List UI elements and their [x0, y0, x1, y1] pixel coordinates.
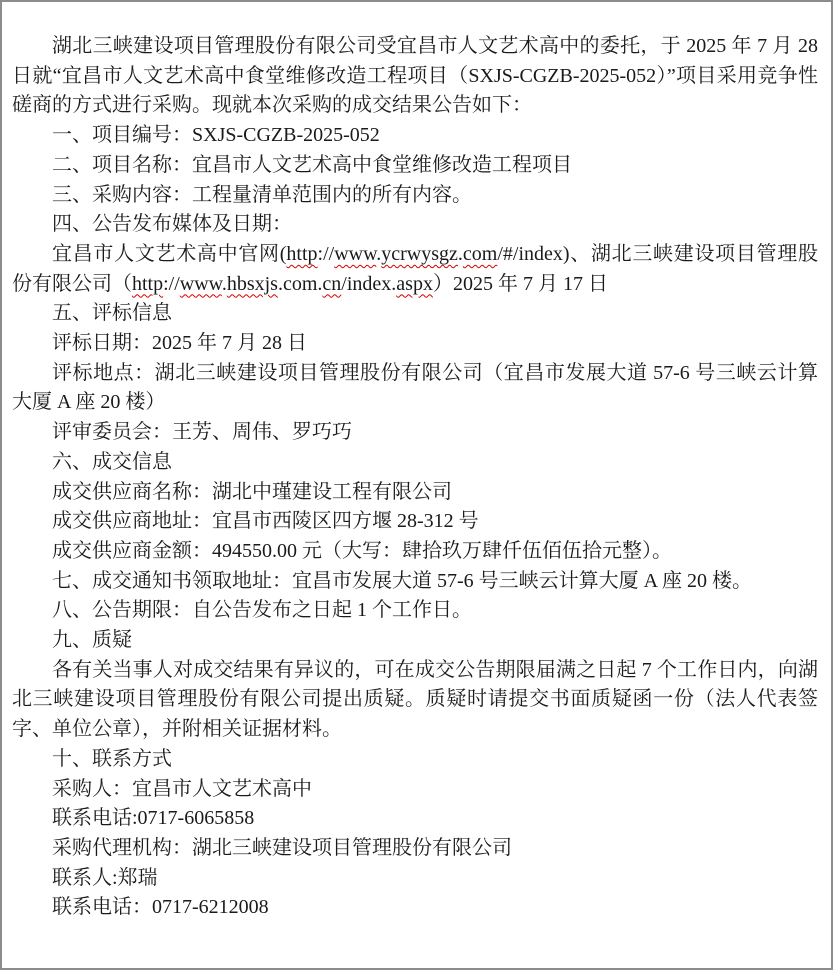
- para-media-detail: 宜昌市人文艺术高中官网(http://www.ycrwysgz.com/#/in…: [12, 240, 818, 299]
- announcement-body: 湖北三峡建设项目管理股份有限公司受宜昌市人文艺术高中的委托，于 2025 年 7…: [2, 2, 831, 968]
- misspelled-url-part: aspx: [396, 273, 433, 295]
- para-evaluation-info-heading: 五、评标信息: [12, 299, 818, 329]
- para-objection-heading: 九、质疑: [12, 626, 818, 656]
- para-project-number: 一、项目编号：SXJS-CGZB-2025-052: [12, 121, 818, 151]
- text-run: ）2025 年 7 月 17 日: [433, 273, 608, 295]
- text-run: ://: [318, 243, 335, 265]
- para-project-name: 二、项目名称：宜昌市人文艺术高中食堂维修改造工程项目: [12, 151, 818, 181]
- para-evaluation-date: 评标日期：2025 年 7 月 28 日: [12, 329, 818, 359]
- para-notice-pickup-address: 七、成交通知书领取地址：宜昌市发展大道 57-6 号三峡云计算大厦 A 座 20…: [12, 567, 818, 597]
- text-run: 宜昌市人文艺术高中官网(: [52, 243, 286, 265]
- para-supplier-amount: 成交供应商金额：494550.00 元（大写：肆拾玖万肆仟伍佰伍拾元整）。: [12, 537, 818, 567]
- document-page: 湖北三峡建设项目管理股份有限公司受宜昌市人文艺术高中的委托，于 2025 年 7…: [0, 0, 833, 970]
- para-contact-heading: 十、联系方式: [12, 745, 818, 775]
- misspelled-url-part: com: [463, 243, 497, 265]
- misspelled-url-part: http: [286, 243, 317, 265]
- para-award-info-heading: 六、成交信息: [12, 448, 818, 478]
- para-agency-contact: 联系人:郑瑞: [12, 864, 818, 894]
- para-evaluation-committee: 评审委员会：王芳、周伟、罗巧巧: [12, 418, 818, 448]
- misspelled-url-part: www: [334, 243, 376, 265]
- text-run: /index.: [341, 273, 396, 295]
- misspelled-url-part: hbsxjs: [227, 273, 278, 295]
- para-agency-phone: 联系电话：0717-6212008: [12, 893, 818, 923]
- para-procurement-content: 三、采购内容：工程量清单范围内的所有内容。: [12, 181, 818, 211]
- para-objection-detail: 各有关当事人对成交结果有异议的，可在成交公告期限届满之日起 7 个工作日内，向湖…: [12, 656, 818, 745]
- para-intro: 湖北三峡建设项目管理股份有限公司受宜昌市人文艺术高中的委托，于 2025 年 7…: [12, 32, 818, 121]
- misspelled-url-part: ycrwysgz: [381, 243, 458, 265]
- misspelled-url-part: www: [180, 273, 222, 295]
- para-purchaser: 采购人：宜昌市人文艺术高中: [12, 775, 818, 805]
- para-supplier-address: 成交供应商地址：宜昌市西陵区四方堰 28-312 号: [12, 507, 818, 537]
- para-supplier-name: 成交供应商名称：湖北中瑾建设工程有限公司: [12, 478, 818, 508]
- para-agency: 采购代理机构：湖北三峡建设项目管理股份有限公司: [12, 834, 818, 864]
- text-run: .com.: [278, 273, 322, 295]
- text-run: ://: [163, 273, 180, 295]
- para-announcement-period: 八、公告期限：自公告发布之日起 1 个工作日。: [12, 596, 818, 626]
- para-media-heading: 四、公告发布媒体及日期：: [12, 210, 818, 240]
- misspelled-url-part: cn: [322, 273, 341, 295]
- misspelled-url-part: http: [132, 273, 163, 295]
- para-purchaser-phone: 联系电话:0717-6065858: [12, 804, 818, 834]
- para-evaluation-location: 评标地点：湖北三峡建设项目管理股份有限公司（宜昌市发展大道 57-6 号三峡云计…: [12, 359, 818, 418]
